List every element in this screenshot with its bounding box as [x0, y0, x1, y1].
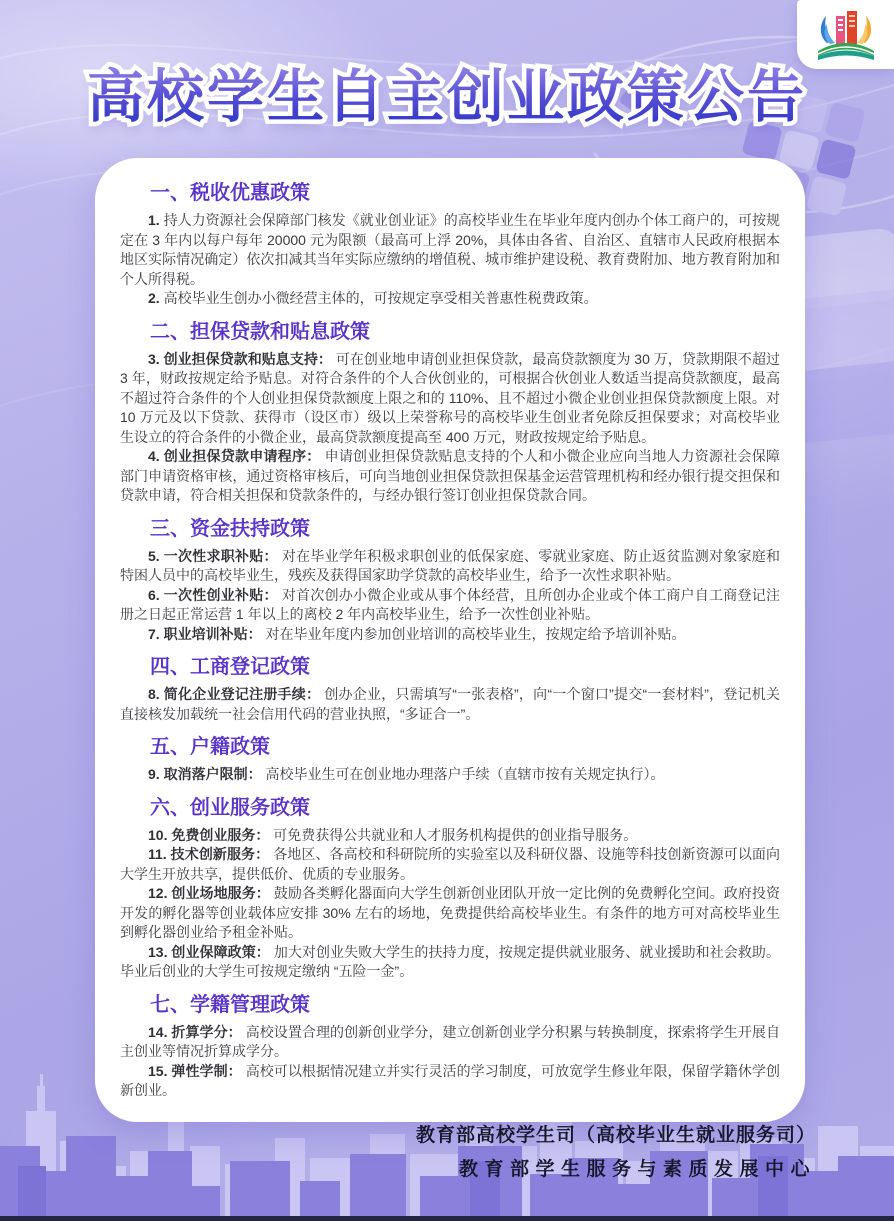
policy-item: 14. 折算学分： 高校设置合理的创新创业学分，建立创新创业学分积累与转换制度，… — [120, 1023, 780, 1062]
policy-sections: 一、税收优惠政策1. 持人力资源社会保障部门核发《就业创业证》的高校毕业生在毕业… — [120, 180, 780, 1101]
policy-item-lead: 7. 职业培训补贴： — [148, 626, 265, 642]
policy-item-text: 可免费获得公共就业和人才服务机构提供的创业指导服务。 — [273, 827, 637, 843]
policy-item-lead: 12. 创业场地服务： — [148, 885, 274, 901]
policy-item-lead: 8. 简化企业登记注册手续： — [148, 686, 324, 702]
logo-emblem-icon — [810, 7, 882, 63]
policy-item-lead: 13. 创业保障政策： — [148, 944, 274, 960]
poster-page: 高校学生自主创业政策公告 高校学生自主创业政策公告 — [0, 0, 894, 1221]
policy-item-text: 高校毕业生可在创业地办理落户手续（直辖市按有关规定执行）。 — [265, 766, 664, 782]
poster-title: 高校学生自主创业政策公告 高校学生自主创业政策公告 — [0, 62, 894, 133]
policy-item-lead: 4. 创业担保贷款申请程序： — [148, 448, 325, 464]
footer-org-line2: 教育部学生服务与素质发展中心 — [416, 1154, 816, 1181]
policy-item-lead: 5. 一次性求职补贴： — [148, 548, 282, 564]
policy-item: 3. 创业担保贷款和贴息支持： 可在创业地申请创业担保贷款，最高贷款额度为 30… — [120, 350, 780, 448]
policy-item: 1. 持人力资源社会保障部门核发《就业创业证》的高校毕业生在毕业年度内创办个体工… — [120, 211, 780, 289]
policy-item-lead: 2. — [148, 290, 164, 306]
poster-title-text: 高校学生自主创业政策公告 — [87, 65, 807, 129]
section-heading: 二、担保贷款和贴息政策 — [150, 319, 780, 345]
policy-item-lead: 3. 创业担保贷款和贴息支持： — [148, 351, 336, 367]
policy-item: 13. 创业保障政策： 加大对创业失败大学生的扶持力度，按规定提供就业服务、就业… — [120, 943, 780, 982]
policy-item-text: 对在毕业年度内参加创业培训的高校毕业生，按规定给予培训补贴。 — [265, 626, 685, 642]
org-logo — [797, 0, 894, 69]
section-heading: 四、工商登记政策 — [150, 654, 780, 680]
policy-item-lead: 6. 一次性创业补贴： — [148, 587, 282, 603]
policy-item: 10. 免费创业服务： 可免费获得公共就业和人才服务机构提供的创业指导服务。 — [120, 826, 780, 846]
footer: 教育部高校学生司（高校毕业生就业服务司） 教育部学生服务与素质发展中心 — [416, 1120, 816, 1181]
policy-item: 8. 简化企业登记注册手续： 创办企业，只需填写“一张表格”，向“一个窗口”提交… — [120, 685, 780, 724]
policy-item: 7. 职业培训补贴： 对在毕业年度内参加创业培训的高校毕业生，按规定给予培训补贴… — [120, 625, 780, 645]
policy-item-lead: 10. 免费创业服务： — [148, 827, 273, 843]
policy-item: 9. 取消落户限制： 高校毕业生可在创业地办理落户手续（直辖市按有关规定执行）。 — [120, 765, 780, 785]
section-heading: 五、户籍政策 — [150, 734, 780, 760]
policy-card: 一、税收优惠政策1. 持人力资源社会保障部门核发《就业创业证》的高校毕业生在毕业… — [95, 158, 805, 1122]
bottom-strip — [0, 1216, 894, 1221]
section-heading: 一、税收优惠政策 — [150, 180, 780, 206]
policy-item-text: 持人力资源社会保障部门核发《就业创业证》的高校毕业生在毕业年度内创办个体工商户的… — [120, 212, 780, 287]
policy-item-lead: 11. 技术创新服务： — [148, 846, 273, 862]
policy-item-text: 高校毕业生创办小微经营主体的，可按规定享受相关普惠性税费政策。 — [164, 290, 598, 306]
policy-item-lead: 15. 弹性学制： — [148, 1063, 246, 1079]
section-heading: 七、学籍管理政策 — [150, 992, 780, 1018]
policy-item: 4. 创业担保贷款申请程序： 申请创业担保贷款贴息支持的个人和小微企业应向当地人… — [120, 447, 780, 506]
policy-item: 2. 高校毕业生创办小微经营主体的，可按规定享受相关普惠性税费政策。 — [120, 289, 780, 309]
policy-item-lead: 14. 折算学分： — [148, 1024, 246, 1040]
policy-item: 6. 一次性创业补贴： 对首次创办小微企业或从事个体经营，且所创办企业或个体工商… — [120, 586, 780, 625]
policy-item: 11. 技术创新服务： 各地区、各高校和科研院所的实验室以及科研仪器、设施等科技… — [120, 845, 780, 884]
policy-item: 5. 一次性求职补贴： 对在毕业学年积极求职创业的低保家庭、零就业家庭、防止返贫… — [120, 547, 780, 586]
footer-org-line1: 教育部高校学生司（高校毕业生就业服务司） — [416, 1120, 816, 1147]
policy-item: 12. 创业场地服务： 鼓励各类孵化器面向大学生创新创业团队开放一定比例的免费孵… — [120, 884, 780, 943]
policy-item-lead: 1. — [148, 212, 164, 228]
section-heading: 六、创业服务政策 — [150, 795, 780, 821]
policy-item-lead: 9. 取消落户限制： — [148, 766, 265, 782]
policy-item: 15. 弹性学制： 高校可以根据情况建立并实行灵活的学习制度，可放宽学生修业年限… — [120, 1062, 780, 1101]
section-heading: 三、资金扶持政策 — [150, 516, 780, 542]
